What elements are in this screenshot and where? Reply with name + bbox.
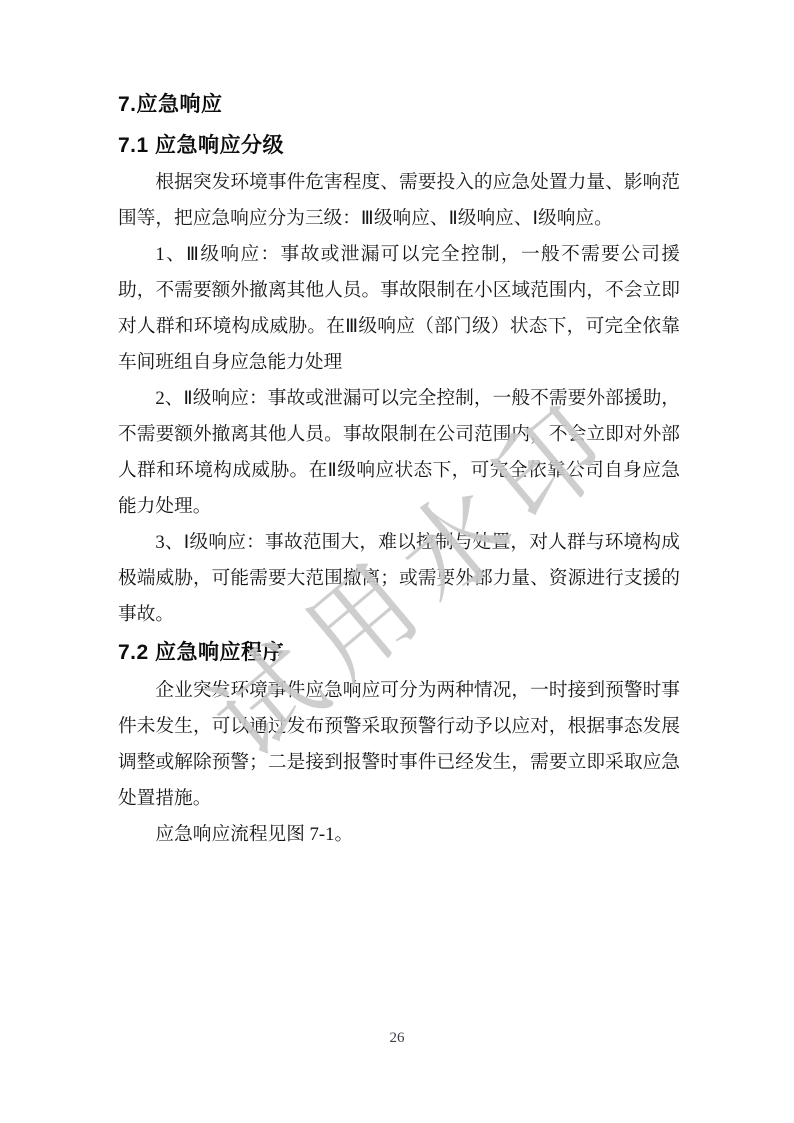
paragraph-level-1-response: 3、Ⅰ级响应：事故范围大，难以控制与处置，对人群与环境构成极端威胁，可能需要大范… (118, 525, 680, 633)
section-heading-7: 7.应急响应 (118, 87, 680, 123)
page-number: 26 (0, 1030, 794, 1047)
document-page: 7.应急响应 7.1 应急响应分级 根据突发环境事件危害程度、需要投入的应急处置… (0, 0, 794, 1123)
paragraph-level-2-response: 2、Ⅱ级响应：事故或泄漏可以完全控制，一般不需要外部援助，不需要额外撤离其他人员… (118, 381, 680, 525)
section-heading-7-2: 7.2 应急响应程序 (118, 635, 680, 671)
paragraph-level-3-response: 1、Ⅲ级响应：事故或泄漏可以完全控制，一般不需要公司援助，不需要额外撤离其他人员… (118, 237, 680, 381)
paragraph-response-levels-intro: 根据突发环境事件危害程度、需要投入的应急处置力量、影响范围等，把应急响应分为三级… (118, 165, 680, 237)
section-heading-7-1: 7.1 应急响应分级 (118, 128, 680, 164)
paragraph-figure-reference: 应急响应流程见图 7-1。 (118, 817, 680, 853)
document-body: 7.应急响应 7.1 应急响应分级 根据突发环境事件危害程度、需要投入的应急处置… (0, 0, 794, 853)
paragraph-response-procedure: 企业突发环境事件应急响应可分为两种情况，一时接到预警时事件未发生，可以通过发布预… (118, 673, 680, 817)
